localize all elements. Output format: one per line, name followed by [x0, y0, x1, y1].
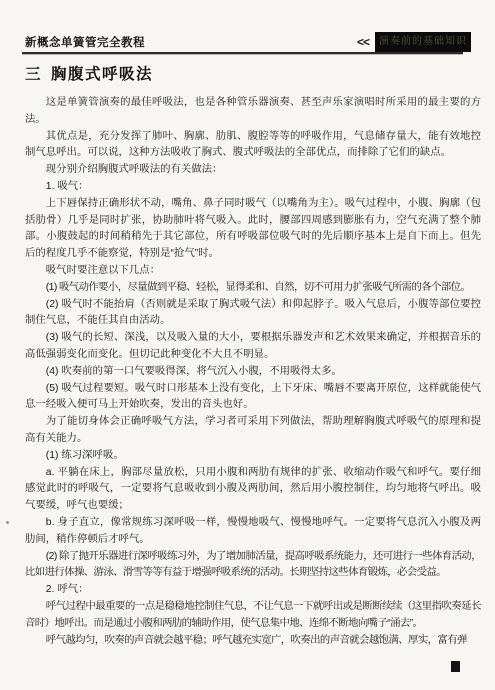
- paragraph: a. 平躺在床上，胸部尽量放松，只用小腹和两肋有规律的扩张、收缩动作吸气和呼气。…: [25, 465, 481, 515]
- scan-noise-dot: [6, 521, 9, 524]
- paragraph: (5) 吸气过程要短。吸气时口形基本上没有变化，上下牙床、嘴唇不要离开原位，这样…: [25, 381, 481, 415]
- paragraph: (2) 吸气时不能抬肩（否则就是采取了胸式吸气法）和仰起脖子。吸入气息后，小腹等…: [25, 297, 481, 331]
- chapter-tab: 演奏前的基础知识: [375, 32, 471, 52]
- paragraph: 现分别介绍胸腹式呼吸法的有关做法：: [25, 162, 481, 179]
- paragraph: 其优点是，充分发挥了肺叶、胸廓、肋肌、腹腔等等的呼吸作用，气息储存量大，能有效地…: [25, 129, 481, 163]
- paragraph: 呼气过程中最重要的一点是稳稳地控制住气息，不让气息一下就呼出或是断断续续（这里指…: [25, 599, 481, 633]
- paragraph: (1) 练习深呼吸。: [25, 448, 481, 465]
- document-page: 新概念单簧管完全教程 << 演奏前的基础知识 三胸腹式呼吸法 这是单簧管演奏的最…: [0, 0, 495, 690]
- paragraph: 这是单簧管演奏的最佳呼吸法，也是各种管乐器演奏、甚至声乐家演唱时所采用的最主要的…: [25, 95, 481, 129]
- page-end-marker: ■: [451, 661, 460, 672]
- paragraph: 上下唇保持正确形状不动，嘴角、鼻子同时吸气（以嘴角为主）。吸气过程中，小腹、胸廓…: [25, 196, 481, 263]
- header-divider: [22, 52, 463, 55]
- section-title: 三胸腹式呼吸法: [25, 62, 153, 84]
- section-title-text: 胸腹式呼吸法: [51, 66, 153, 83]
- paragraph: (2) 除了抛开乐器进行深呼吸练习外，为了增加肺活量，提高呼吸系统能力，还可进行…: [25, 549, 481, 583]
- paragraph: (3) 吸气的长短、深浅，以及吸入量的大小，要根据乐器发声和艺术效果来确定，并根…: [25, 330, 481, 364]
- paragraph: 为了能切身体会正确呼吸气方法，学习者可采用下列做法，帮助理解胸腹式呼吸气的原理和…: [25, 414, 481, 448]
- book-title: 新概念单簧管完全教程: [25, 34, 145, 50]
- header-right: << 演奏前的基础知识: [357, 32, 471, 52]
- chevrons-left-icon: <<: [357, 35, 369, 49]
- paragraph: (4) 吹奏前的第一口气要吸得深，将气沉入小腹，不用吸得太多。: [25, 364, 481, 381]
- paragraph: 吸气时要注意以下几点：: [25, 263, 481, 280]
- paragraph: (1) 吸气动作要小，尽量做到平稳、轻松，显得柔和、自然，切不可用力扩张吸气所需…: [25, 280, 481, 297]
- page-header: 新概念单簧管完全教程 << 演奏前的基础知识: [25, 31, 471, 52]
- paragraph: b. 身子直立，像常规练习深呼吸一样，慢慢地吸气、慢慢地呼气。一定要将气息沉入小…: [25, 515, 481, 549]
- paragraph: 1. 吸气：: [25, 179, 481, 196]
- paragraph: 呼气越均匀，吹奏的声音就会越平稳；呼气越充实宽广，吹奏出的声音就会越饱满、厚实，…: [25, 633, 481, 650]
- body-text: 这是单簧管演奏的最佳呼吸法，也是各种管乐器演奏、甚至声乐家演唱时所采用的最主要的…: [25, 95, 481, 649]
- section-number: 三: [25, 66, 42, 83]
- paragraph: 2. 呼气：: [25, 582, 481, 599]
